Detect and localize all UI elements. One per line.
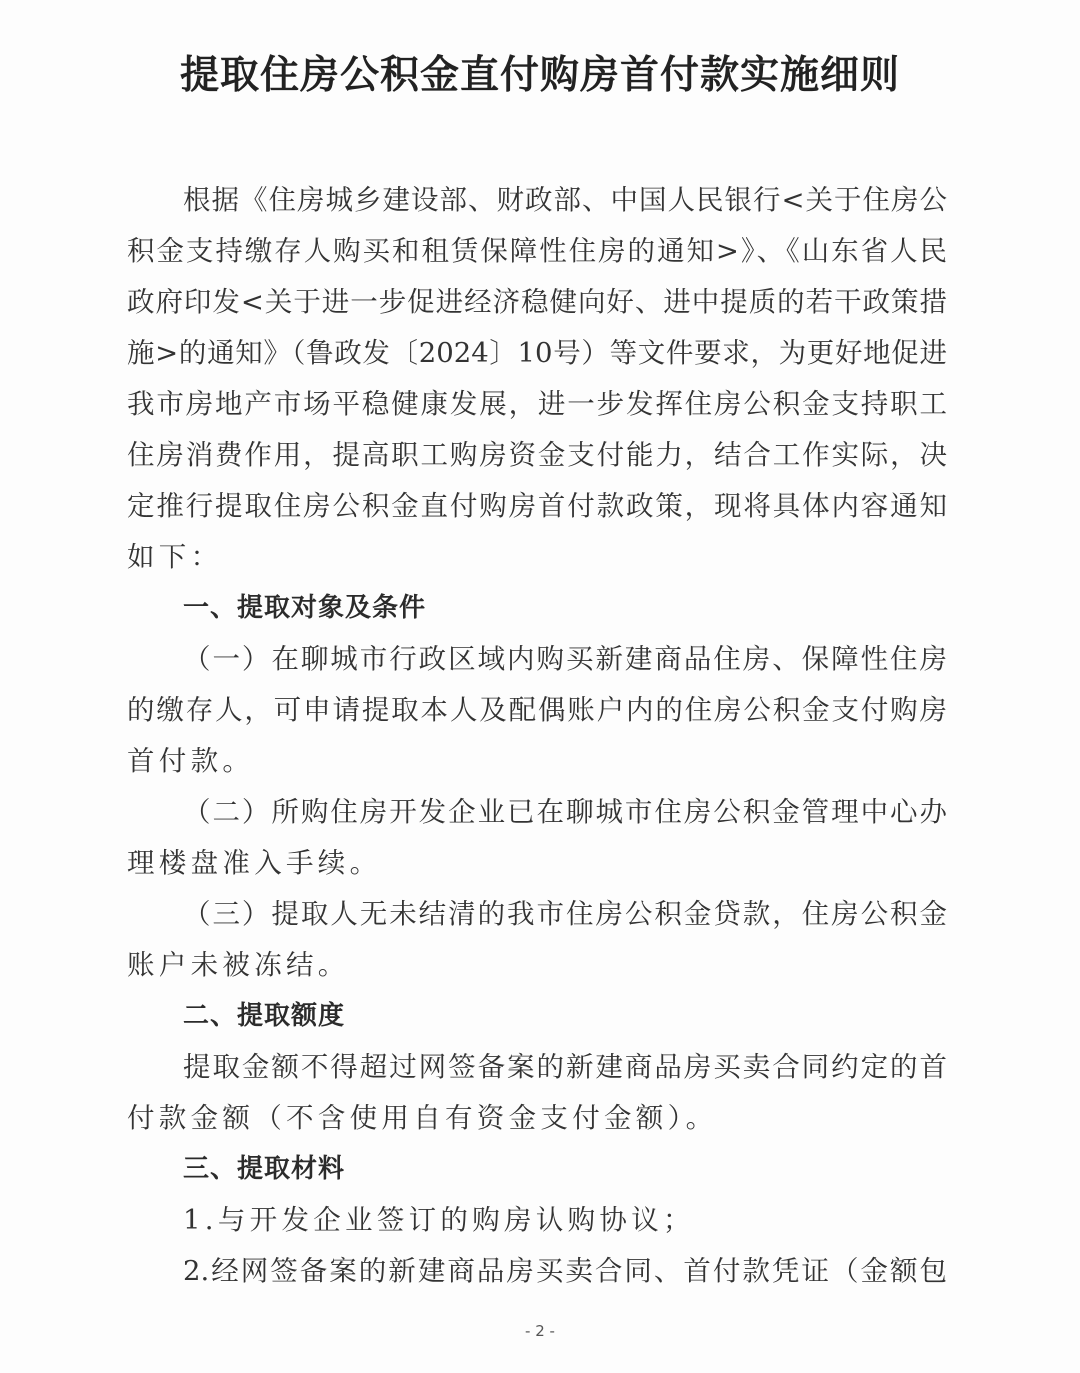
list-item: 1.与开发企业签订的购房认购协议； (127, 1195, 947, 1246)
text-line: 提取金额不得超过网签备案的新建商品房买卖合同约定的首 (127, 1042, 947, 1093)
document-body: 根据《住房城乡建设部、财政部、中国人民银行<关于住房公 积金支持缴存人购买和租赁… (127, 175, 947, 1297)
section-heading: 二、提取额度 (127, 991, 947, 1042)
list-item: 2.经网签备案的新建商品房买卖合同、首付款凭证（金额包 (127, 1246, 947, 1297)
text-line: 积金支持缴存人购买和租赁保障性住房的通知>》、《山东省人民 (127, 226, 947, 277)
text-line: （二）所购住房开发企业已在聊城市住房公积金管理中心办 (127, 787, 947, 838)
section-materials: 三、提取材料 1.与开发企业签订的购房认购协议； 2.经网签备案的新建商品房买卖… (127, 1144, 947, 1297)
text-line: 施>的通知》（鲁政发〔2024〕10号）等文件要求，为更好地促进 (127, 328, 947, 379)
intro-paragraph: 根据《住房城乡建设部、财政部、中国人民银行<关于住房公 积金支持缴存人购买和租赁… (127, 175, 947, 583)
section-eligibility: 一、提取对象及条件 （一）在聊城市行政区域内购买新建商品住房、保障性住房 的缴存… (127, 583, 947, 991)
text-line: 如下： (127, 532, 947, 583)
document-title: 提取住房公积金直付购房首付款实施细则 (0, 48, 1080, 104)
text-line: （一）在聊城市行政区域内购买新建商品住房、保障性住房 (127, 634, 947, 685)
text-line: 首付款。 (127, 736, 947, 787)
section-heading: 一、提取对象及条件 (127, 583, 947, 634)
document-page: 提取住房公积金直付购房首付款实施细则 根据《住房城乡建设部、财政部、中国人民银行… (0, 0, 1080, 1373)
page-number: - 2 - (0, 1322, 1080, 1340)
text-line: 定推行提取住房公积金直付购房首付款政策，现将具体内容通知 (127, 481, 947, 532)
section-amount: 二、提取额度 提取金额不得超过网签备案的新建商品房买卖合同约定的首 付款金额（不… (127, 991, 947, 1144)
text-line: 住房消费作用，提高职工购房资金支付能力，结合工作实际，决 (127, 430, 947, 481)
text-line: 理楼盘准入手续。 (127, 838, 947, 889)
text-line: （三）提取人无未结清的我市住房公积金贷款，住房公积金 (127, 889, 947, 940)
text-line: 账户未被冻结。 (127, 940, 947, 991)
text-line: 我市房地产市场平稳健康发展，进一步发挥住房公积金支持职工 (127, 379, 947, 430)
text-line: 根据《住房城乡建设部、财政部、中国人民银行<关于住房公 (127, 175, 947, 226)
section-heading: 三、提取材料 (127, 1144, 947, 1195)
text-line: 政府印发<关于进一步促进经济稳健向好、进中提质的若干政策措 (127, 277, 947, 328)
text-line: 的缴存人，可申请提取本人及配偶账户内的住房公积金支付购房 (127, 685, 947, 736)
text-line: 付款金额（不含使用自有资金支付金额）。 (127, 1093, 947, 1144)
